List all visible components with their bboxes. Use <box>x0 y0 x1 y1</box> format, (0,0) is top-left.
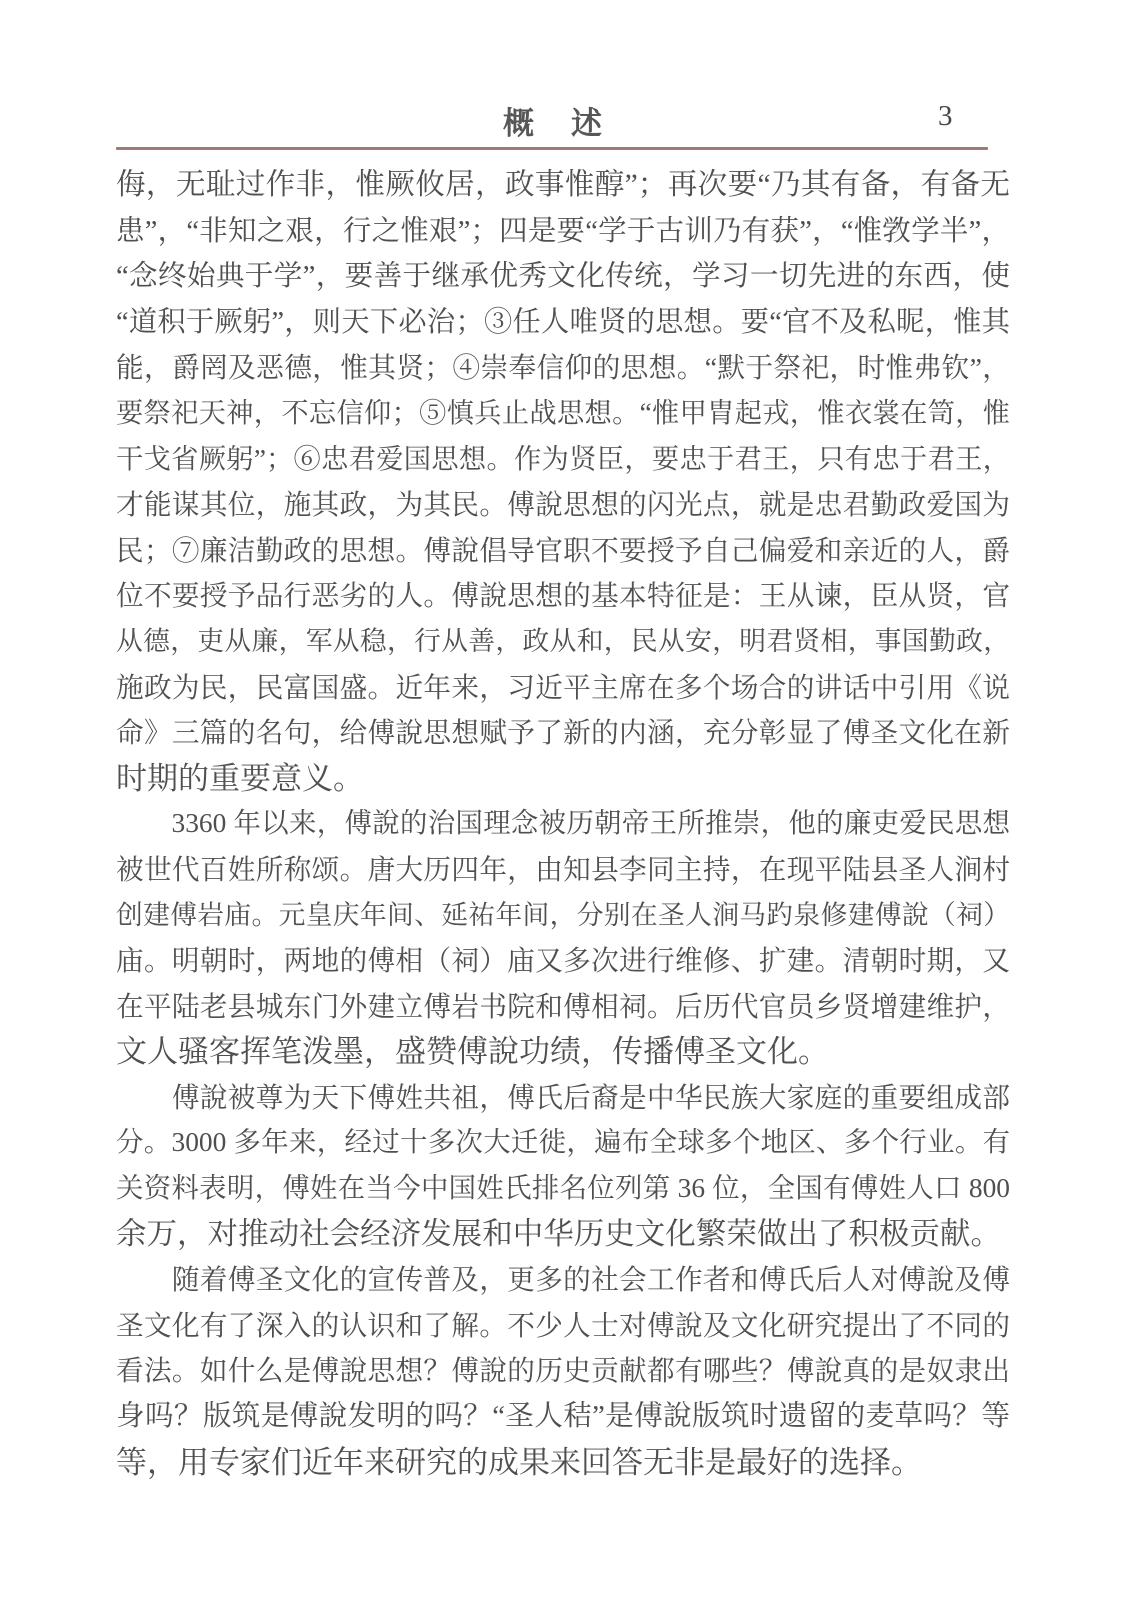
chapter-title: 概 述 <box>116 98 992 143</box>
text-line: 关资料表明，傅姓在当今中国姓氏排名位列第 36 位，全国有傅姓人口 800 <box>116 1166 1010 1212</box>
text-line: 分。3000 多年来，经过十多次大迁徙，遍布全球多个地区、多个行业。有 <box>116 1120 1010 1166</box>
text-line: 位不要授予品行恶劣的人。傅說思想的基本特征是：王从谏，臣从贤，官 <box>116 573 1010 619</box>
text-line: 身吗？版筑是傅說发明的吗？“圣人秸”是傅說版筑时遗留的麦草吗？等 <box>116 1394 1010 1440</box>
text-line: 在平陆老县城东门外建立傅岩书院和傅相祠。后历代官员乡贤增建维护， <box>116 984 1010 1030</box>
text-line: 干戈省厥躬”；⑥忠君爱国思想。作为贤臣，要忠于君王，只有忠于君王， <box>116 437 1010 483</box>
text-line: 圣文化有了深入的认识和了解。不少人士对傅說及文化研究提出了不同的 <box>116 1303 1010 1349</box>
text-line: 施政为民，民富国盛。近年来，习近平主席在多个场合的讲话中引用《说 <box>116 665 1010 711</box>
text-line: 能，爵罔及恶德，惟其贤；④崇奉信仰的思想。“默于祭祀，时惟弗钦”， <box>116 345 1010 391</box>
text-line: 命》三篇的名句，给傅說思想赋予了新的内涵，充分彰显了傅圣文化在新 <box>116 710 1010 756</box>
text-line: 3360 年以来，傅說的治国理念被历朝帝王所推崇，他的廉吏爱民思想 <box>116 801 1010 847</box>
text-line: 创建傅岩庙。元皇庆年间、延祐年间，分别在圣人涧马趵泉修建傅說（祠） <box>116 893 1010 939</box>
text-line: 庙。明朝时，两地的傅相（祠）庙又多次进行维修、扩建。清朝时期，又 <box>116 938 1010 984</box>
text-line: 侮，无耻过作非，惟厥攸居，政事惟醇”；再次要“乃其有备，有备无 <box>116 163 1010 209</box>
text-line: 从德，吏从廉，军从稳，行从善，政从和，民从安，明君贤相，事国勤政， <box>116 619 1010 665</box>
text-line: 等，用专家们近年来研究的成果来回答无非是最好的选择。 <box>116 1440 1010 1486</box>
page-number: 3 <box>938 100 998 133</box>
body-text: 侮，无耻过作非，惟厥攸居，政事惟醇”；再次要“乃其有备，有备无患”，“非知之艰，… <box>116 163 1010 1485</box>
text-line: 患”，“非知之艰，行之惟艰”；四是要“学于古训乃有获”，“惟敩学半”， <box>116 209 1010 255</box>
header-rule <box>116 147 988 150</box>
text-line: 时期的重要意义。 <box>116 756 1010 802</box>
text-line: 文人骚客挥笔泼墨，盛赞傅說功绩，传播傅圣文化。 <box>116 1029 1010 1075</box>
paragraph: 侮，无耻过作非，惟厥攸居，政事惟醇”；再次要“乃其有备，有备无患”，“非知之艰，… <box>116 163 1010 801</box>
text-line: 才能谋其位，施其政，为其民。傅說思想的闪光点，就是忠君勤政爱国为 <box>116 482 1010 528</box>
paragraph: 随着傅圣文化的宣传普及，更多的社会工作者和傅氏后人对傅說及傅圣文化有了深入的认识… <box>116 1257 1010 1485</box>
scanned-book-page: 概 述 3 侮，无耻过作非，惟厥攸居，政事惟醇”；再次要“乃其有备，有备无患”，… <box>0 0 1131 1600</box>
text-line: 看法。如什么是傅說思想？傅說的历史贡献都有哪些？傅說真的是奴隶出 <box>116 1348 1010 1394</box>
text-line: 余万，对推动社会经济发展和中华历史文化繁荣做出了积极贡献。 <box>116 1212 1010 1258</box>
text-line: “念终始典于学”，要善于继承优秀文化传统，学习一切先进的东西，使 <box>116 254 1010 300</box>
paragraph: 3360 年以来，傅說的治国理念被历朝帝王所推崇，他的廉吏爱民思想被世代百姓所称… <box>116 801 1010 1075</box>
text-line: 被世代百姓所称颂。唐大历四年，由知县李同主持，在现平陆县圣人涧村 <box>116 847 1010 893</box>
paragraph: 傅說被尊为天下傅姓共祖，傅氏后裔是中华民族大家庭的重要组成部分。3000 多年来… <box>116 1075 1010 1257</box>
text-line: 随着傅圣文化的宣传普及，更多的社会工作者和傅氏后人对傅說及傅 <box>116 1257 1010 1303</box>
text-line: “道积于厥躬”，则天下必治；③任人唯贤的思想。要“官不及私昵，惟其 <box>116 300 1010 346</box>
text-line: 民；⑦廉洁勤政的思想。傅說倡导官职不要授予自己偏爱和亲近的人，爵 <box>116 528 1010 574</box>
text-line: 傅說被尊为天下傅姓共祖，傅氏后裔是中华民族大家庭的重要组成部 <box>116 1075 1010 1121</box>
text-line: 要祭祀天神，不忘信仰；⑤慎兵止战思想。“惟甲胄起戎，惟衣裳在笥，惟 <box>116 391 1010 437</box>
